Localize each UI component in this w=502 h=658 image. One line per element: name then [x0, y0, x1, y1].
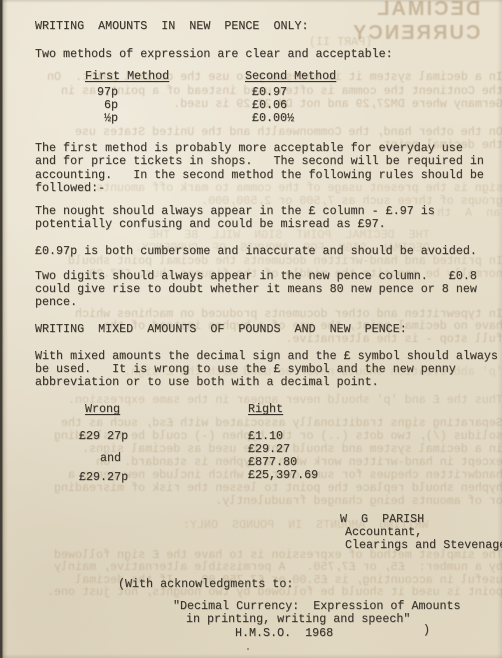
scan-edge-bottom [0, 654, 502, 658]
scan-edge-left [0, 0, 8, 658]
acknowledgment-intro: (With acknowledgments to: [118, 578, 293, 591]
paragraph-first-method: The first method is probably more accept… [35, 142, 484, 196]
second-method-values: £0.97 £0.06 £0.00½ [252, 86, 294, 125]
heading-mixed-amounts: WRITING MIXED AMOUNTS OF POUNDS AND NEW … [35, 323, 407, 336]
column-header-second-method: Second Method [245, 70, 336, 83]
column-header-first-method: First Method [85, 70, 169, 83]
paragraph-cumbersome: £0.97p is both cumbersome and inaccurate… [35, 245, 477, 258]
page-title: WRITING AMOUNTS IN NEW PENCE ONLY: [35, 20, 309, 33]
document-page: { "colors": { "paper": "#e8e0cc", "ink":… [0, 0, 502, 658]
closing-paren: ) [423, 624, 430, 637]
paper-speck [247, 648, 249, 650]
acknowledgment-quote-line2: in printing, writing and speech" [186, 613, 410, 626]
scan-edge-top [0, 0, 502, 3]
column-header-right: Right [248, 403, 283, 416]
wrong-example-connector: and [100, 452, 121, 465]
acknowledgment-source: H.M.S.O. 1968 [235, 627, 333, 640]
first-method-values: 97p 6p ½p [78, 86, 118, 125]
scan-edge-right [497, 0, 502, 658]
signature-department: Clearings and Stevenage. [345, 539, 502, 552]
ghost-fragment: an A th. [430, 207, 500, 219]
column-header-wrong: Wrong [85, 403, 120, 416]
paragraph-two-digits: Two digits should always appear in the n… [35, 270, 477, 310]
paragraph-nought-rule: The nought should always appear in the £… [35, 205, 435, 231]
paragraph-mixed-amounts: With mixed amounts the decimal sign and … [35, 350, 498, 390]
wrong-example-1: £29 27p [79, 430, 128, 443]
right-examples: £1.10 £29.27 £877.80 £25,397.69 [248, 430, 318, 482]
wrong-example-2: £29.27p [79, 471, 128, 484]
ghost-thus: Thus the £ and 'p' should never appear i… [68, 394, 502, 406]
intro-paragraph: Two methods of expression are clear and … [35, 48, 393, 61]
